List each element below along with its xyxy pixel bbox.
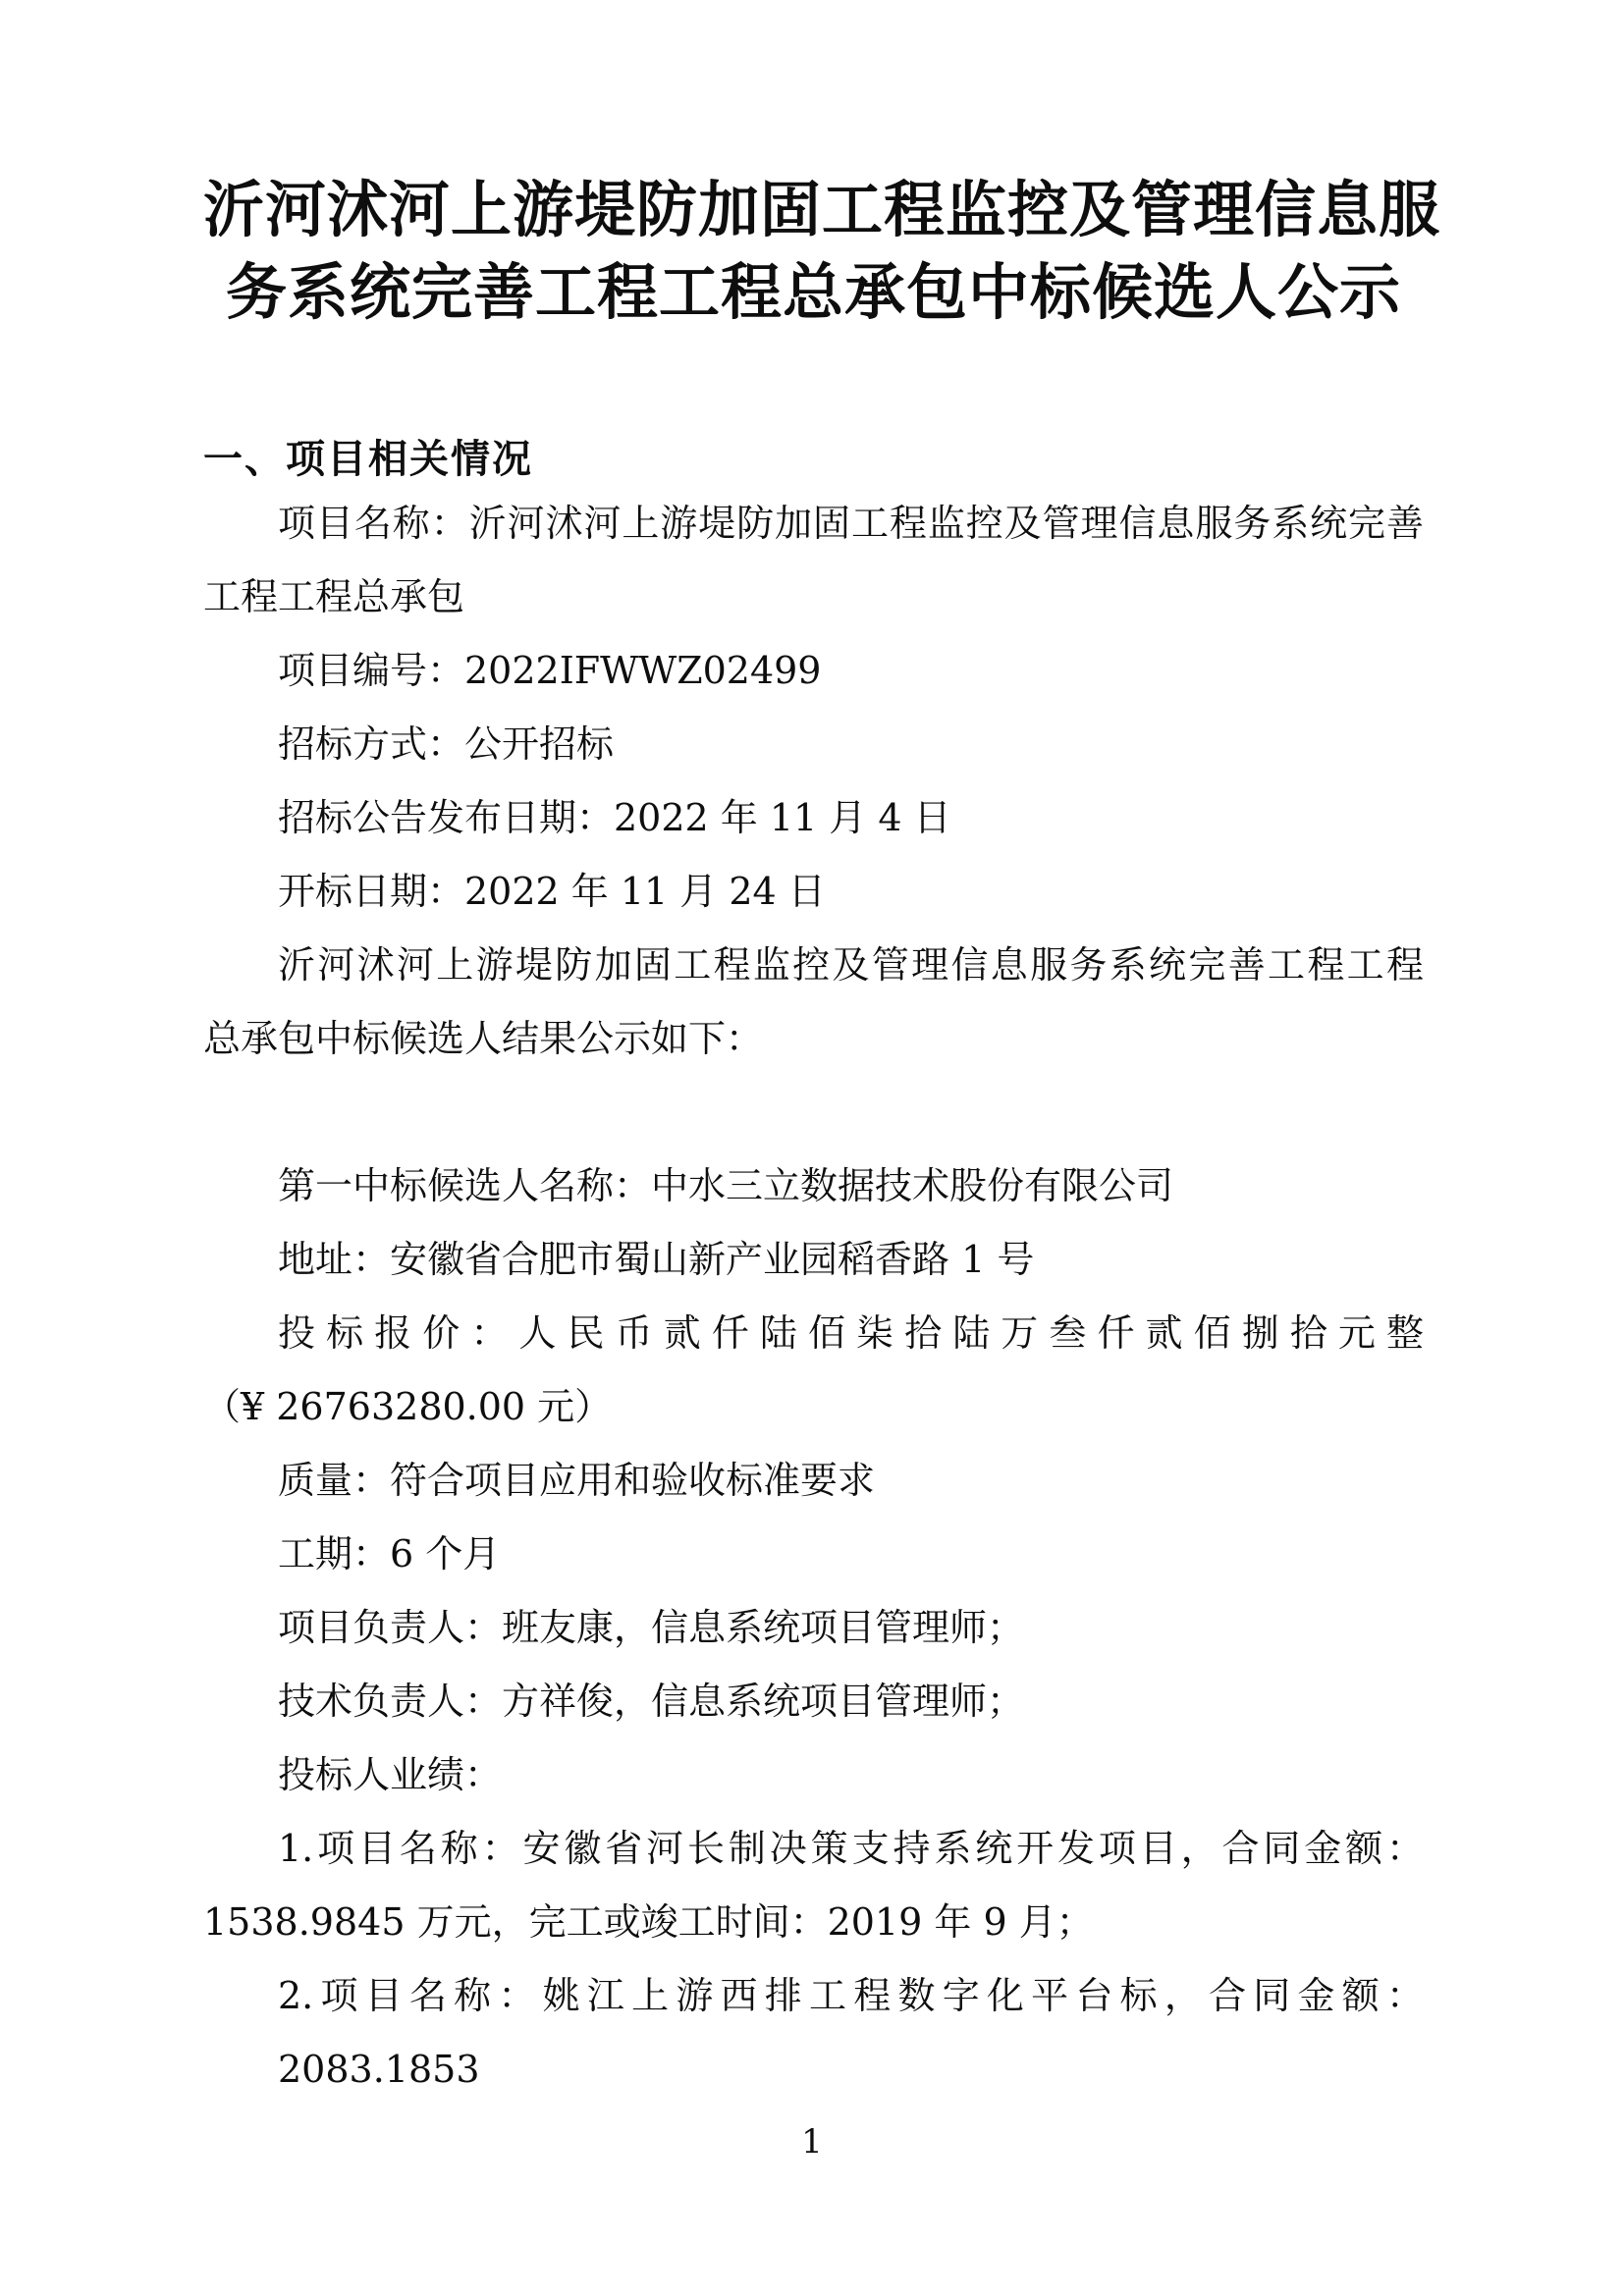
- document-title-line2: 务系统完善工程工程总承包中标候选人公示: [203, 251, 1424, 334]
- section-heading-project-info: 一、项目相关情况: [203, 432, 1424, 487]
- line-performance1-part2: 1538.9845 万元，完工或竣工时间：2019 年 9 月；: [203, 1886, 1424, 1959]
- line-quality: 质量：符合项目应用和验收标准要求: [203, 1444, 1424, 1518]
- document-title: 沂河沭河上游堤防加固工程监控及管理信息服 务系统完善工程工程总承包中标候选人公示: [203, 0, 1424, 334]
- document-body: 项目名称：沂河沭河上游堤防加固工程监控及管理信息服务系统完善 工程工程总承包 项…: [203, 487, 1424, 2033]
- document-page: 沂河沭河上游堤防加固工程监控及管理信息服 务系统完善工程工程总承包中标候选人公示…: [0, 0, 1624, 2296]
- line-project-manager: 项目负责人：班友康，信息系统项目管理师；: [203, 1591, 1424, 1665]
- line-bidding-method: 招标方式：公开招标: [203, 708, 1424, 781]
- line-result-intro-part1: 沂河沭河上游堤防加固工程监控及管理信息服务系统完善工程工程: [203, 929, 1424, 1002]
- line-bid-price-words: 投标报价：人民币贰仟陆佰柒拾陆万叁仟贰佰捌拾元整: [203, 1297, 1424, 1370]
- line-performance2-part1: 2.项目名称：姚江上游西排工程数字化平台标，合同金额：2083.1853: [203, 1959, 1424, 2033]
- document-title-line1: 沂河沭河上游堤防加固工程监控及管理信息服: [203, 169, 1424, 251]
- line-performance1-part1: 1.项目名称：安徽省河长制决策支持系统开发项目，合同金额：: [203, 1812, 1424, 1886]
- line-candidate-address: 地址：安徽省合肥市蜀山新产业园稻香路 1 号: [203, 1223, 1424, 1297]
- page-number: 1: [0, 2122, 1624, 2162]
- line-result-intro-part2: 总承包中标候选人结果公示如下：: [203, 1002, 1424, 1076]
- line-announcement-date: 招标公告发布日期：2022 年 11 月 4 日: [203, 781, 1424, 855]
- line-blank-spacer: [203, 1076, 1424, 1149]
- line-first-candidate-name: 第一中标候选人名称：中水三立数据技术股份有限公司: [203, 1149, 1424, 1223]
- line-technical-manager: 技术负责人：方祥俊，信息系统项目管理师；: [203, 1665, 1424, 1738]
- line-bidder-performance: 投标人业绩：: [203, 1738, 1424, 1812]
- line-bid-price-figures: （¥ 26763280.00 元）: [203, 1370, 1424, 1444]
- line-duration: 工期：6 个月: [203, 1518, 1424, 1591]
- line-bid-opening-date: 开标日期：2022 年 11 月 24 日: [203, 855, 1424, 929]
- line-project-name-part1: 项目名称：沂河沭河上游堤防加固工程监控及管理信息服务系统完善: [203, 487, 1424, 561]
- line-project-number: 项目编号：2022IFWWZ02499: [203, 634, 1424, 708]
- line-project-name-part2: 工程工程总承包: [203, 561, 1424, 634]
